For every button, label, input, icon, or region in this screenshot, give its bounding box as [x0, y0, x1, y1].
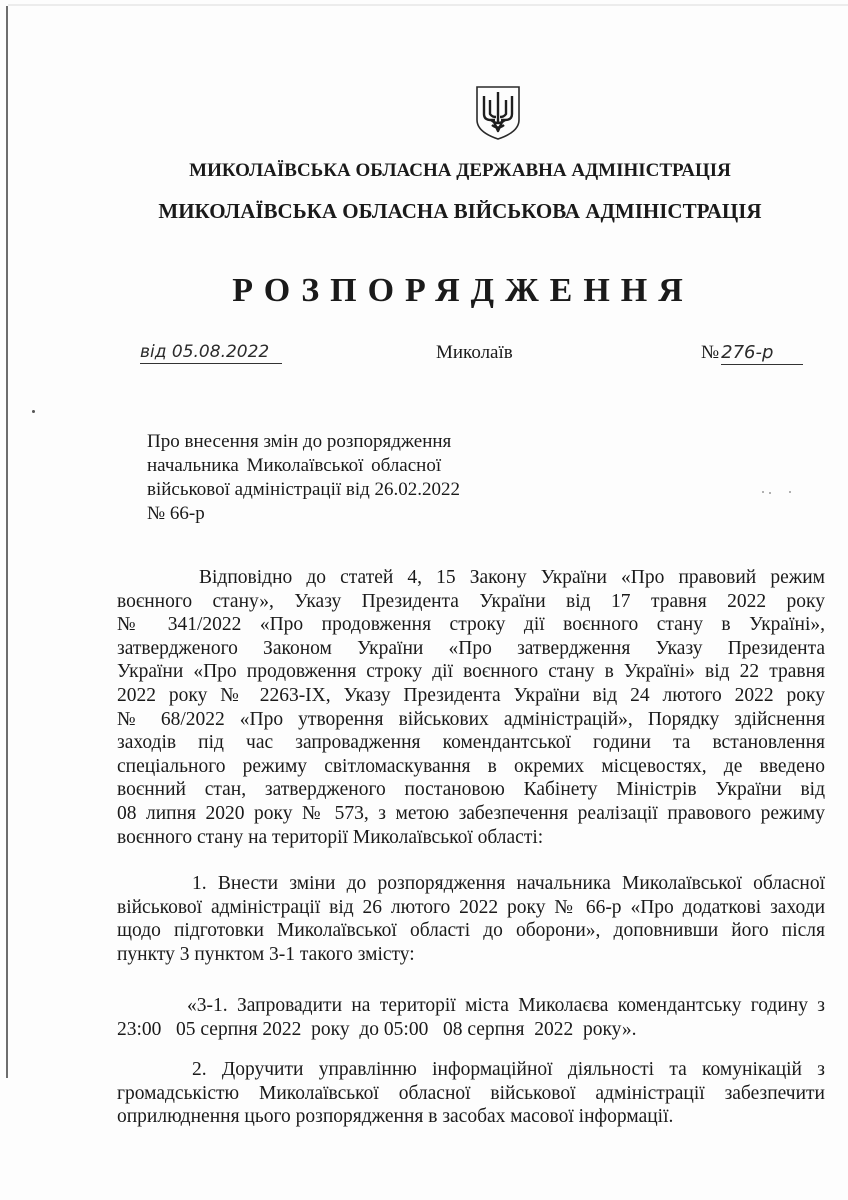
scan-edge-top [8, 4, 848, 6]
subject-block: Про внесення змін до розпорядження начал… [147, 430, 497, 526]
text-line: громадськістю Миколаївської обласної вій… [117, 1082, 825, 1106]
scan-speck [769, 492, 771, 494]
text-line: затвердженого Законом України «Про затве… [117, 637, 825, 661]
text-line: спеціального режиму світломаскування в о… [117, 755, 825, 779]
subject-line: Про внесення змін до розпорядження [147, 430, 497, 454]
issuer-line-military-administration: МИКОЛАЇВСЬКА ОБЛАСНА ВІЙСЬКОВА АДМІНІСТР… [65, 199, 848, 224]
text-line: Відповідно до статей 4, 15 Закону Україн… [117, 566, 825, 590]
text-line: 23:00 05 серпня 2022 року до 05:00 08 се… [117, 1018, 825, 1042]
coat-of-arms-icon [474, 84, 522, 142]
text-line: 2. Доручити управлінню інформаційної дія… [117, 1058, 825, 1082]
order-date-handwritten: від 05.08.2022 [140, 342, 282, 364]
text-line: оприлюднення цього розпорядження в засоб… [117, 1105, 825, 1129]
order-item-1: 1. Внести зміни до розпорядження начальн… [117, 872, 825, 966]
issuer-line-state-administration: МИКОЛАЇВСЬКА ОБЛАСНА ДЕРЖАВНА АДМІНІСТРА… [70, 160, 848, 182]
text-line: воєнний стан, затвердженого постановою К… [117, 778, 825, 802]
issue-city: Миколаїв [436, 342, 513, 364]
text-line: № 68/2022 «Про утворення військових адмі… [117, 708, 825, 732]
subject-line: військової адміністрації від 26.02.2022 [147, 478, 497, 502]
text-line: «3-1. Запровадити на території міста Мик… [117, 994, 825, 1018]
text-line: воєнного стану», Указу Президента Україн… [117, 590, 825, 614]
text-line: України «Про продовження строку дії воєн… [117, 660, 825, 684]
order-item-2: 2. Доручити управлінню інформаційної дія… [117, 1058, 825, 1129]
text-line: 08 липня 2020 року № 573, з метою забезп… [117, 802, 825, 826]
number-sign: № [701, 342, 719, 364]
scan-edge-left [6, 6, 8, 1078]
subject-line: начальника Миколаївської обласної [147, 454, 497, 478]
text-line: № 341/2022 «Про продовження строку дії в… [117, 613, 825, 637]
text-line: військової адміністрації від 26 лютого 2… [117, 896, 825, 920]
text-line: щодо підготовки Миколаївської області до… [117, 919, 825, 943]
scan-speck [32, 410, 35, 413]
text-line: 2022 року № 2263-IX, Указу Президента Ук… [117, 684, 825, 708]
scan-speck [762, 491, 764, 493]
document-title: РОЗПОРЯДЖЕННЯ [0, 272, 848, 310]
text-line: воєнного стану на території Миколаївсько… [117, 826, 825, 850]
text-line: заходів під час запровадження комендантс… [117, 731, 825, 755]
document-page: МИКОЛАЇВСЬКА ОБЛАСНА ДЕРЖАВНА АДМІНІСТРА… [0, 0, 848, 1200]
scan-speck [789, 491, 791, 493]
text-line: пункту 3 пунктом 3-1 такого змісту: [117, 943, 825, 967]
subject-line: № 66-р [147, 502, 497, 526]
preamble-paragraph: Відповідно до статей 4, 15 Закону Україн… [117, 566, 825, 849]
order-number: №276-р [701, 342, 803, 365]
text-line: 1. Внести зміни до розпорядження начальн… [117, 872, 825, 896]
order-number-handwritten: 276-р [721, 342, 803, 365]
order-item-3-1-quote: «3-1. Запровадити на території міста Мик… [117, 994, 825, 1041]
